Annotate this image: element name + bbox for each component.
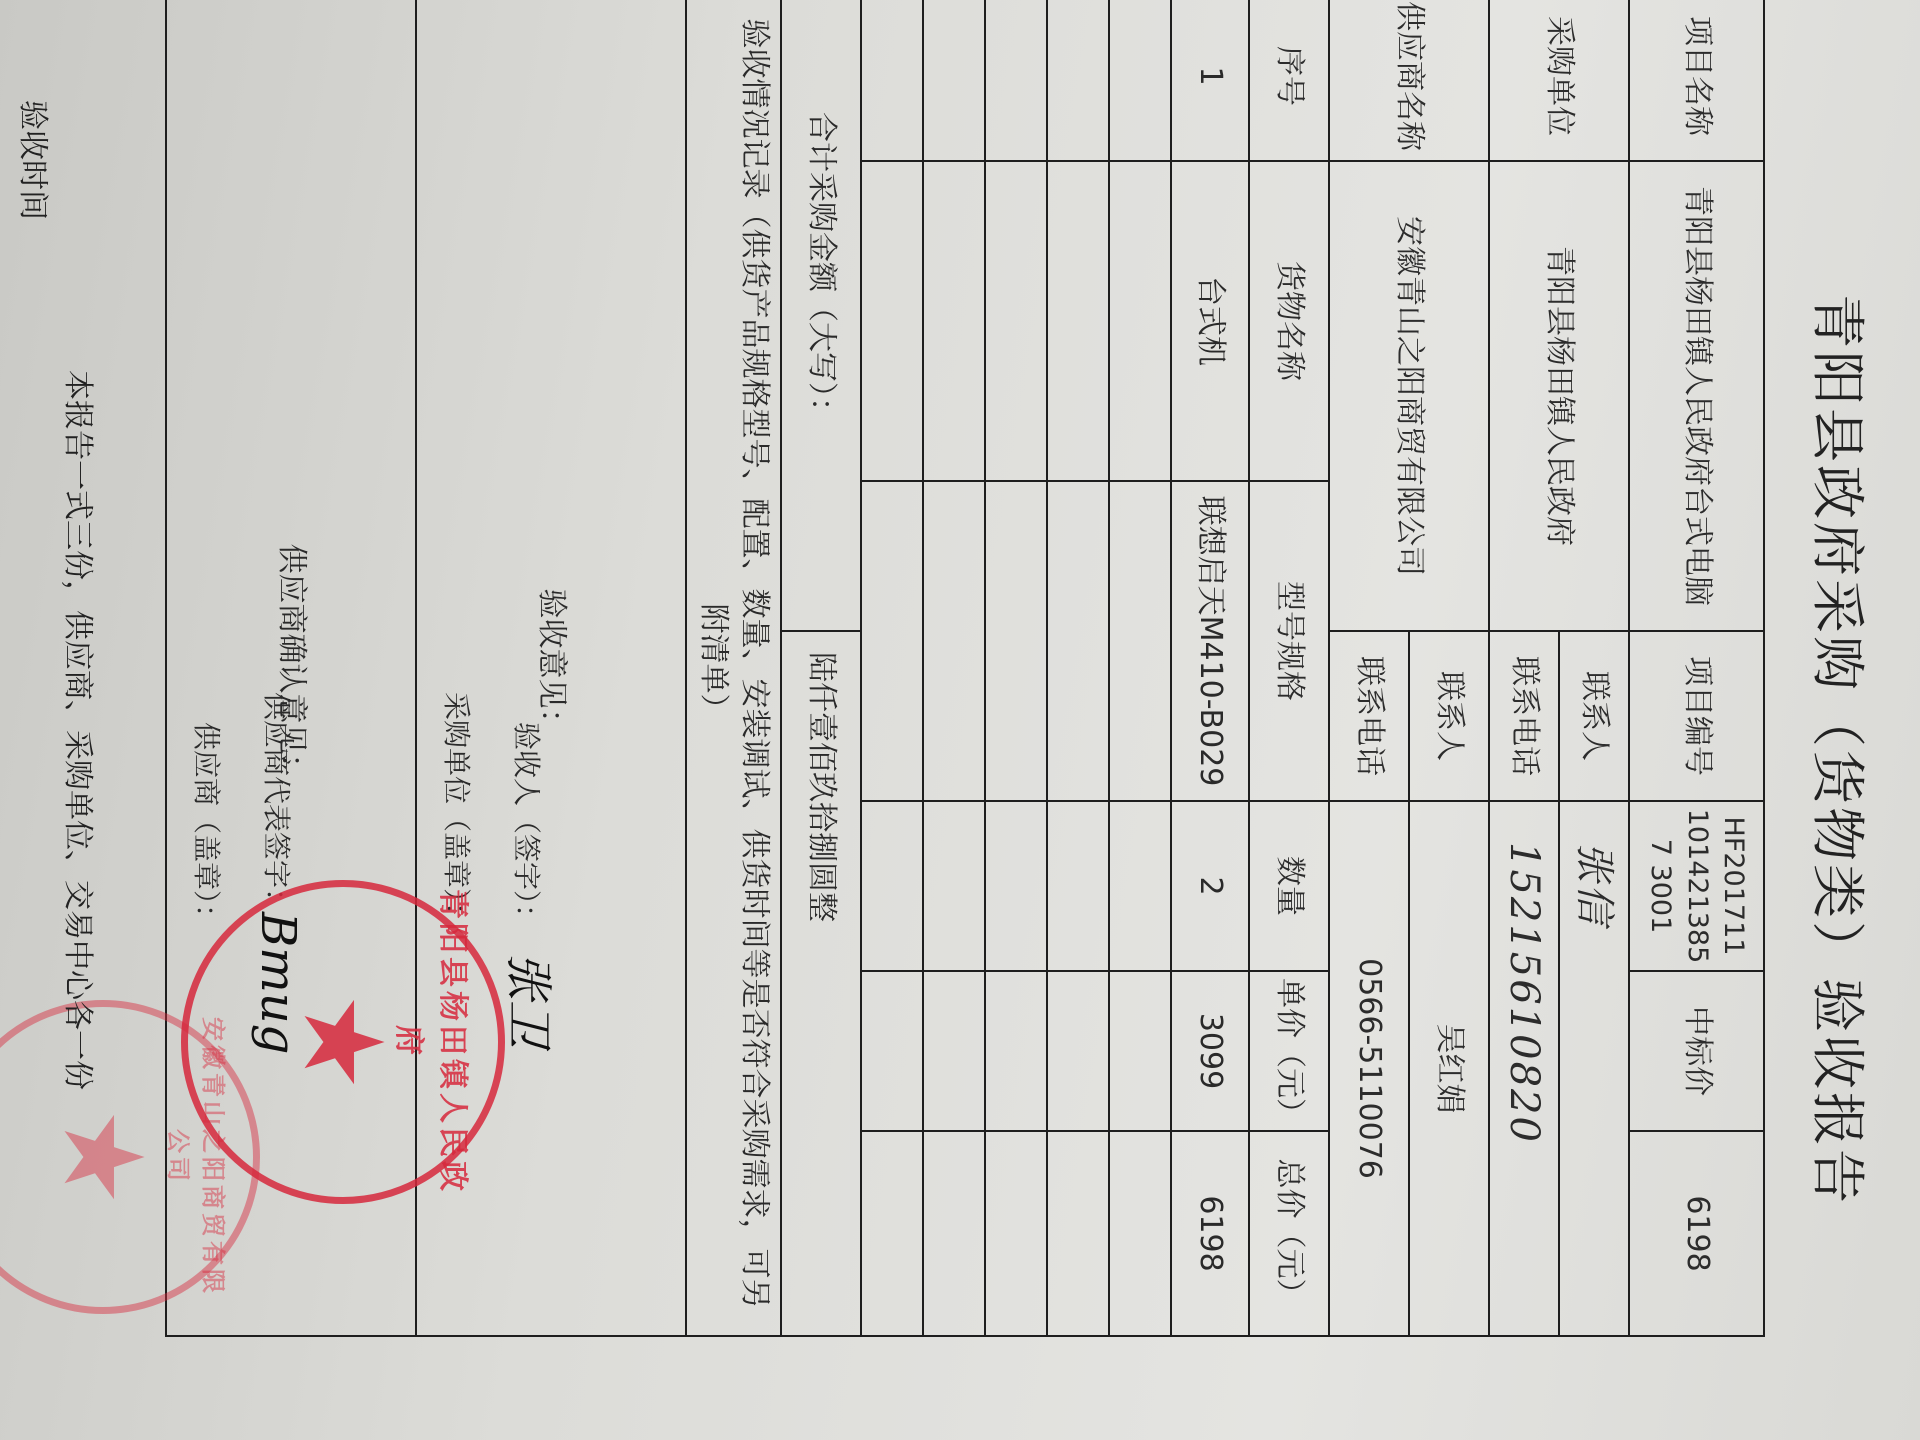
project-name: 青阳县杨田镇人民政府台式电脑 — [1629, 161, 1764, 631]
purchaser-seal-text: 青阳县杨田镇人民政府 — [390, 887, 478, 1197]
purchaser-phone-label: 联系电话 — [1489, 631, 1559, 801]
total-row: 合计采购金额（大写）： 陆仟壹佰玖拾捌圆整 — [781, 0, 861, 1336]
col-header-unit-price: 单价（元） — [1249, 971, 1329, 1131]
acceptance-time-label: 验收时间 — [10, 80, 55, 1380]
item-model: 联想启天M410-B029 — [1171, 481, 1249, 801]
table-row — [1109, 0, 1171, 1336]
purchaser-contact-label: 联系人 — [1559, 631, 1629, 801]
item-index: 1 — [1171, 0, 1249, 161]
supplier-seal-text: 安徽青山之阳商贸有限公司 — [163, 1007, 233, 1307]
col-header-total-price: 总价（元） — [1249, 1131, 1329, 1336]
supplier-rep-sign-label: 供应商代表签字： — [257, 692, 295, 916]
winning-price: 6198 — [1629, 1131, 1764, 1336]
table-row — [1047, 0, 1109, 1336]
col-header-model: 型号规格 — [1249, 481, 1329, 801]
items-header-row: 序号 货物名称 型号规格 数量 单价（元） 总价（元） — [1249, 0, 1329, 1336]
supplier-row: 供应商名称 安徽青山之阳商贸有限公司 联系人 吴红娟 — [1409, 0, 1489, 1336]
project-row: 项目名称 青阳县杨田镇人民政府台式电脑 项目编号 HF2017111014213… — [1629, 0, 1764, 1336]
project-name-label: 项目名称 — [1629, 0, 1764, 161]
total-label: 合计采购金额（大写）： — [781, 0, 861, 631]
table-row — [985, 0, 1047, 1336]
supplier-contact: 吴红娟 — [1409, 801, 1489, 1336]
col-header-qty: 数量 — [1249, 801, 1329, 971]
supplier-contact-label: 联系人 — [1409, 631, 1489, 801]
item-unit-price: 3099 — [1171, 971, 1249, 1131]
table-row: 1 台式机 联想启天M410-B029 2 3099 6198 — [1171, 0, 1249, 1336]
footer-note: 本报告一式三份，供应商、采购单位、交易中心各一份 验收时间 — [10, 80, 100, 1380]
supplier-phone: 0566-5110076 — [1329, 801, 1409, 1336]
purchaser: 青阳县杨田镇人民政府 — [1489, 161, 1629, 631]
acceptance-opinion-label: 验收意见： — [534, 589, 569, 739]
item-qty: 2 — [1171, 801, 1249, 971]
acceptance-report-form: 青阳县政府采购（货物类）验收报告 项目名称 青阳县杨田镇人民政府台式电脑 项目编… — [0, 0, 1920, 1440]
supplier: 安徽青山之阳商贸有限公司 — [1329, 161, 1489, 631]
table-row — [923, 0, 985, 1336]
inspector-sign-label: 验收人（签字）： — [507, 722, 545, 932]
project-code-label: 项目编号 — [1629, 631, 1764, 801]
item-goods: 台式机 — [1171, 161, 1249, 481]
supplier-phone-label: 联系电话 — [1329, 631, 1409, 801]
supplier-seal-label: 供应商（盖章）： — [187, 722, 225, 932]
inspection-record-row: 验收情况记录（供货产品规格型号、配置、数量、安装调试、供货时间等是否符合采购需求… — [686, 0, 781, 1336]
footer-note-text: 本报告一式三份，供应商、采购单位、交易中心各一份 — [55, 80, 100, 1380]
table-row — [861, 0, 923, 1336]
inspector-signature: 张卫 — [495, 952, 560, 1048]
project-code: HF2017111014213857 3001 — [1629, 801, 1764, 971]
purchaser-contact: 张信 — [1559, 801, 1629, 1336]
star-icon: ★ — [288, 993, 398, 1092]
purchaser-phone: 15215610820 — [1489, 801, 1559, 1336]
col-header-goods: 货物名称 — [1249, 161, 1329, 481]
purchaser-label: 采购单位 — [1489, 0, 1629, 161]
item-total-price: 6198 — [1171, 1131, 1249, 1336]
total-value: 陆仟壹佰玖拾捌圆整 — [781, 631, 861, 1336]
document-title: 青阳县政府采购（货物类）验收报告 — [1803, 250, 1880, 1250]
purchaser-row: 采购单位 青阳县杨田镇人民政府 联系人 张信 — [1559, 0, 1629, 1336]
col-header-index: 序号 — [1249, 0, 1329, 161]
supplier-label: 供应商名称 — [1329, 0, 1489, 161]
winning-price-label: 中标价 — [1629, 971, 1764, 1131]
inspection-record-label: 验收情况记录（供货产品规格型号、配置、数量、安装调试、供货时间等是否符合采购需求… — [686, 0, 781, 1336]
